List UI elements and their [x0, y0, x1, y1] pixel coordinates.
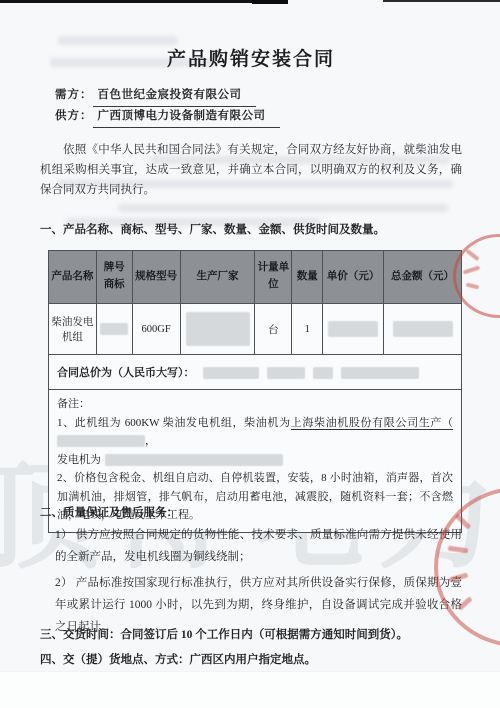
section2-item-1: 1） 供方应按照合同规定的货物性能、技术要求、质量标准向需方提供未经使用的全新产…	[55, 524, 462, 568]
col-header-unit: 计量单位	[255, 251, 292, 304]
cell-unit: 台	[255, 304, 292, 355]
col-header-total: 总金额（元）	[384, 251, 462, 304]
cell-brand-redacted	[96, 304, 132, 355]
section3-line: 三、交货时间：合同签订后 10 个工作日内（可根据需方通知时间到货）。	[40, 626, 408, 642]
cell-quantity: 1	[292, 304, 323, 355]
redaction-block	[186, 312, 250, 346]
section1-heading: 一、产品名称、商标、型号、厂家、数量、金额、供货时间及数量。	[40, 221, 385, 237]
redaction-block	[57, 435, 145, 447]
page-title: 产品购销安装合同	[40, 44, 462, 71]
table-row: 柴油发电机组 600GF 台 1	[49, 304, 462, 355]
col-header-brand: 牌号商标	[96, 251, 132, 304]
redaction-block	[100, 323, 128, 335]
section2-block: 二、质量保证及售后服务： 1） 供方应按照合同规定的货物性能、技术要求、质量标准…	[40, 504, 462, 638]
total-price-cell: 合同总价为（人民币大写）：	[49, 355, 462, 390]
note-1-line-1: 1、此机组为 600KW 柴油发电机组，柴油机为上海柴油机股份有限公司生产（，	[57, 414, 453, 451]
cell-product-name: 柴油发电机组	[49, 304, 97, 355]
col-header-spec: 规格型号	[132, 251, 180, 304]
section4-line: 四、交（提）货地点、方式：广西区内用户指定地点。	[40, 651, 316, 667]
seal-mark	[463, 265, 480, 274]
supplier-label: 供方：	[55, 110, 93, 122]
buyer-name: 百色世纪金宸投资有限公司	[93, 85, 256, 107]
seal-mark	[449, 572, 469, 582]
section2-heading: 二、质量保证及售后服务：	[40, 504, 462, 520]
total-price-row: 合同总价为（人民币大写）：	[49, 355, 462, 390]
redaction-block	[203, 367, 259, 379]
notes-label: 备注：	[57, 395, 453, 414]
bleed-through-smudge	[118, 204, 448, 212]
note-1-line-2: 发电机为	[57, 451, 453, 470]
col-header-product: 产品名称	[49, 251, 97, 304]
supplier-name: 广西顶博电力设备制造有限公司	[93, 106, 280, 128]
scan-edge-artifact	[252, 0, 288, 4]
scan-edge-artifact	[383, 0, 500, 2]
col-header-manufacturer: 生产厂家	[180, 251, 255, 304]
redaction-block	[393, 321, 453, 337]
scanned-contract-page: 顶博电力 产品购销安装合同 需方：百色世纪金宸投资有限公司 供方：广西顶博电力设…	[0, 0, 500, 708]
note-1-suffix: ，	[145, 435, 156, 447]
cell-unit-price-redacted	[323, 304, 384, 355]
product-table: 产品名称 牌号商标 规格型号 生产厂家 计量单位 数量 单价（元） 总金额（元）…	[48, 250, 462, 533]
seal-mark	[448, 546, 469, 554]
redaction-block	[313, 367, 333, 379]
total-price-label: 合同总价为（人民币大写）：	[57, 367, 195, 379]
note-1-line-2-label: 发电机为	[57, 454, 101, 466]
seal-mark	[466, 282, 480, 289]
redaction-block	[328, 321, 378, 337]
col-header-unit-price: 单价（元）	[323, 251, 384, 304]
col-header-qty: 数量	[292, 251, 323, 304]
note-1-underlined: 上海柴油机股份有限公司生产（	[291, 417, 453, 430]
preamble-paragraph: 依照《中华人民共和国合同法》有关规定，合同双方经友好协商，就柴油发电机组采购相关…	[40, 140, 462, 200]
table-header-row: 产品名称 牌号商标 规格型号 生产厂家 计量单位 数量 单价（元） 总金额（元）	[49, 251, 462, 304]
cell-total-redacted	[384, 304, 462, 355]
supplier-line: 供方：广西顶博电力设备制造有限公司	[55, 106, 280, 127]
buyer-label: 需方：	[55, 89, 93, 101]
note-1-prefix: 1、此机组为 600KW 柴油发电机组，柴油机为	[57, 417, 291, 429]
cell-manufacturer-redacted	[180, 304, 255, 355]
redaction-block	[341, 367, 419, 379]
redaction-block	[105, 454, 283, 466]
scan-edge-artifact	[0, 0, 252, 3]
seal-mark	[465, 249, 479, 261]
seal-mark	[455, 513, 471, 529]
seal-mark	[457, 596, 472, 610]
redaction-block	[267, 367, 305, 379]
buyer-line: 需方：百色世纪金宸投资有限公司	[55, 85, 280, 106]
cell-spec-model: 600GF	[132, 304, 180, 355]
scanner-background-strip	[0, 671, 500, 708]
party-block: 需方：百色世纪金宸投资有限公司 供方：广西顶博电力设备制造有限公司	[55, 85, 280, 127]
